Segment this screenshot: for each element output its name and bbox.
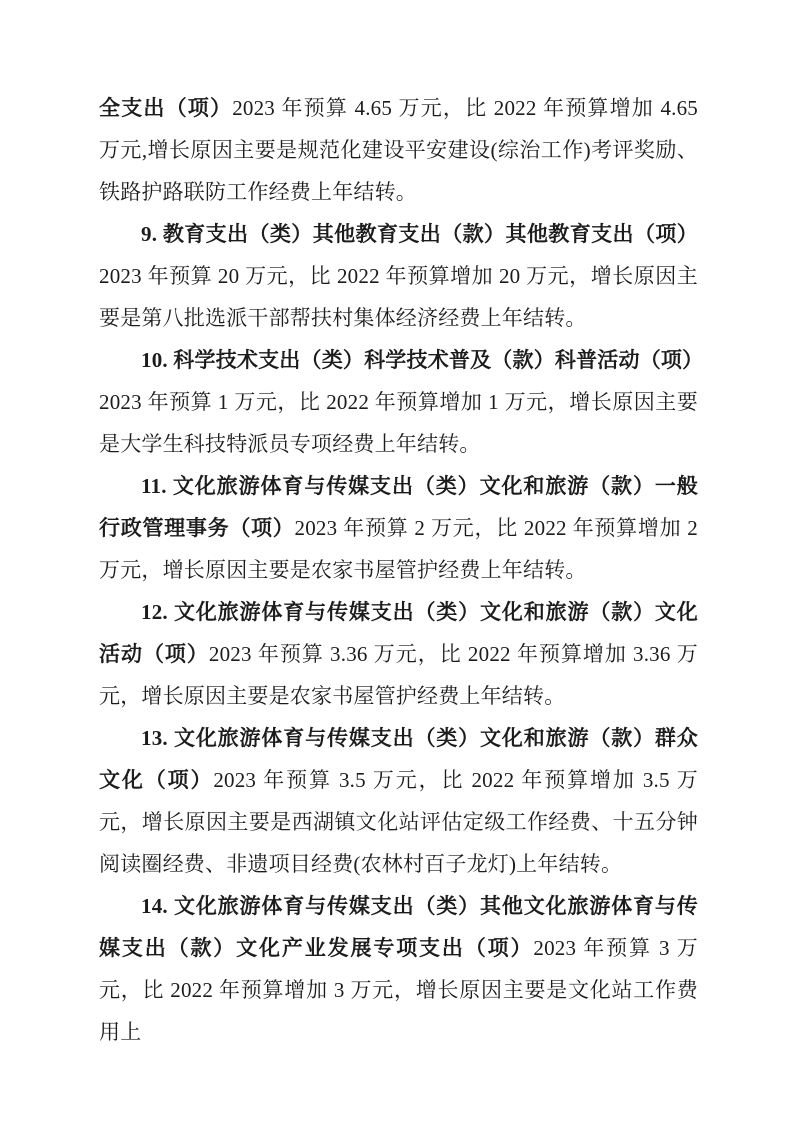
- item-8-heading-tail: 全支出（项）: [99, 96, 232, 120]
- item-9-body: 2023 年预算 20 万元，比 2022 年预算增加 20 万元，增长原因主要…: [99, 264, 698, 330]
- paragraph-item-8-continuation: 全支出（项）2023 年预算 4.65 万元，比 2022 年预算增加 4.65…: [99, 87, 698, 213]
- paragraph-item-9: 9. 教育支出（类）其他教育支出（款）其他教育支出（项）2023 年预算 20 …: [99, 213, 698, 339]
- paragraph-item-12: 12. 文化旅游体育与传媒支出（类）文化和旅游（款）文化活动（项）2023 年预…: [99, 591, 698, 717]
- paragraph-item-11: 11. 文化旅游体育与传媒支出（类）文化和旅游（款）一般行政管理事务（项）202…: [99, 465, 698, 591]
- paragraph-item-10: 10. 科学技术支出（类）科学技术普及（款）科普活动（项）2023 年预算 1 …: [99, 339, 698, 465]
- paragraph-item-13: 13. 文化旅游体育与传媒支出（类）文化和旅游（款）群众文化（项）2023 年预…: [99, 717, 698, 885]
- document-page: 全支出（项）2023 年预算 4.65 万元，比 2022 年预算增加 4.65…: [0, 0, 793, 1122]
- paragraph-item-14: 14. 文化旅游体育与传媒支出（类）其他文化旅游体育与传媒支出（款）文化产业发展…: [99, 885, 698, 1053]
- item-10-body: 2023 年预算 1 万元，比 2022 年预算增加 1 万元，增长原因主要是大…: [99, 390, 698, 456]
- item-9-heading: 9. 教育支出（类）其他教育支出（款）其他教育支出（项）: [141, 222, 698, 246]
- item-10-heading: 10. 科学技术支出（类）科学技术普及（款）科普活动（项）: [141, 348, 703, 372]
- document-text-block: 全支出（项）2023 年预算 4.65 万元，比 2022 年预算增加 4.65…: [99, 87, 698, 1053]
